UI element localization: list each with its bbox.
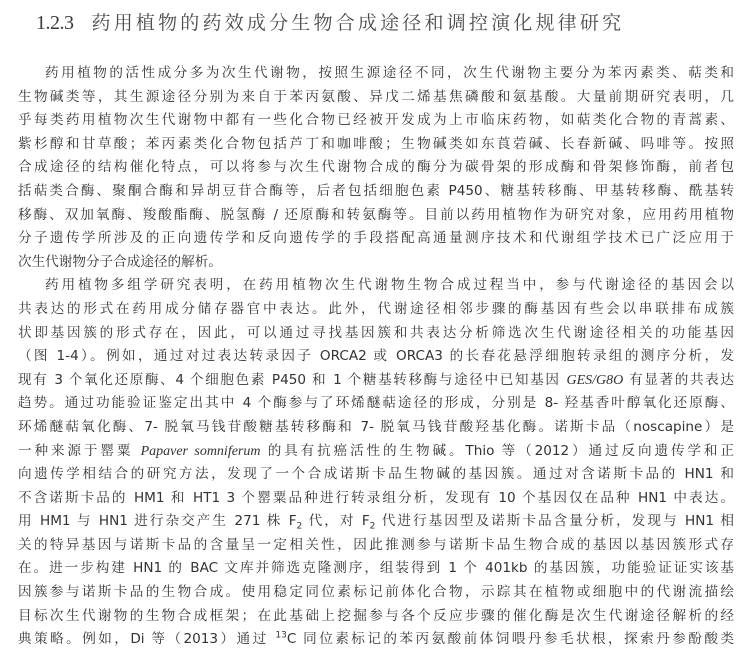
text-run: C 同位素标记的苯丙氨酸前体饲喂丹参毛状根，探索丹参酚酸类	[287, 631, 734, 647]
section-title: 药用植物的药效成分生物合成途径和调控演化规律研究	[92, 12, 625, 34]
text-line: 合成途径的结构催化特点，可以将参与次生代谢物合成的酶分为碳骨架的形成酶和骨架修饰…	[18, 156, 734, 180]
text-line: 关的特异基因与诺斯卡品的含量呈一定相关性，因此推测参与诺斯卡品生物合成的基因以基…	[18, 534, 734, 558]
text-line: 在。进一步构建 HN1 的 BAC 文库并筛选克隆测序，组装得到 1 个 401…	[18, 557, 734, 581]
text-run: 代，对 F	[302, 513, 369, 529]
paragraph-2: 药用植物多组学研究表明，在药用植物次生代谢物生物合成过程当中，参与代谢途径的基因…	[18, 274, 734, 652]
text-line: 趋势。通过功能验证鉴定出其中 4 个酶参与了环烯醚萜途径的形成，分别是 8- 羟…	[18, 392, 734, 416]
species-name-italic: Papaver somniferum	[141, 444, 261, 459]
text-line: 不含诺斯卡品的 HM1 和 HT1 3 个罂粟品种进行转录组分析，发现有 10 …	[18, 487, 734, 511]
text-line: 共表达的形式在药用成分储存器官中表达。此外，代谢途径相邻步骤的酶基因有些会以串联…	[18, 298, 734, 322]
text-line: 环烯醚萜氧化酶、7- 脱氧马钱苷酸糖基转移酶和 7- 脱氧马钱苷酸羟基化酶。诺斯…	[18, 416, 734, 440]
text-line: 典策略。例如，Di 等（2013）通过 13C 同位素标记的苯丙氨酸前体饲喂丹参…	[18, 628, 734, 652]
text-run: 有显著的共表达	[623, 372, 734, 388]
text-line: 向遗传学相结合的研究方法，发现了一个合成诺斯卡品生物碱的基因簇。通过对含诺斯卡品…	[18, 463, 734, 487]
text-line: （图 1-4）。例如，通过对过表达转录因子 ORCA2 或 ORCA3 的长春花…	[18, 345, 734, 369]
text-line: 因簇参与诺斯卡品的生物合成。使用稳定同位素标记前体化合物，示踪其在植物或细胞中的…	[18, 581, 734, 605]
text-line: 移酶、双加氧酶、羧酸酯酶、脱氢酶 / 还原酶和转氨酶等。目前以药用植物作为研究对…	[18, 204, 734, 228]
section-heading: 1.2.3药用植物的药效成分生物合成途径和调控演化规律研究	[36, 8, 624, 38]
text-line: 状即基因簇的形式存在，因此，可以通过寻找基因簇和共表达分析筛选次生代谢途径相关的…	[18, 322, 734, 346]
text-line: 药用植物多组学研究表明，在药用植物次生代谢物生物合成过程当中，参与代谢途径的基因…	[18, 274, 734, 298]
paragraph-1: 药用植物的活性成分多为次生代谢物，按照生源途径不同，次生代谢物主要分为苯丙素类、…	[18, 62, 734, 274]
text-run: 的具有抗癌活性的生物碱。Thio 等（2012）通过反向遗传学和正	[260, 443, 734, 459]
text-line: 括萜类合酶、聚酮合酶和异胡豆苷合酶等，后者包括细胞色素 P450、糖基转移酶、甲…	[18, 180, 734, 204]
section-number: 1.2.3	[36, 12, 74, 34]
text-run: 用 HM1 与 HN1 进行杂交产生 271 株 F	[18, 513, 297, 529]
text-line: 一种来源于罂粟 Papaver somniferum 的具有抗癌活性的生物碱。T…	[18, 440, 734, 464]
text-line: 次生代谢物分子合成途径的解析。	[18, 251, 734, 275]
text-line: 乎每类药用植物次生代谢物中都有一些化合物已经被开发成为上市临床药物，如萜类化合物…	[18, 109, 734, 133]
document-body: 药用植物的活性成分多为次生代谢物，按照生源途径不同，次生代谢物主要分为苯丙素类、…	[18, 62, 734, 652]
superscript: 13	[275, 631, 286, 641]
text-line: 生物碱类等，其生源途径分别为来自于苯丙氨酸、异戊二烯基焦磷酸和氨基酸。大量前期研…	[18, 86, 734, 110]
text-line: 紫杉醇和甘草酸；苯丙素类化合物包括芦丁和咖啡酸；生物碱类如东莨菪碱、长春新碱、吗…	[18, 133, 734, 157]
text-run: 典策略。例如，Di 等（2013）通过	[18, 631, 275, 647]
text-line: 分子遗传学所涉及的正向遗传学和反向遗传学的手段搭配高通量测序技术和代谢组学技术已…	[18, 227, 734, 251]
gene-name-italic: GES/G8O	[566, 373, 623, 388]
text-line: 现有 3 个氧化还原酶、4 个细胞色素 P450 和 1 个糖基转移酶与途径中已…	[18, 369, 734, 393]
text-line: 用 HM1 与 HN1 进行杂交产生 271 株 F2 代，对 F2 代进行基因…	[18, 510, 734, 534]
text-run: 现有 3 个氧化还原酶、4 个细胞色素 P450 和 1 个糖基转移酶与途径中已…	[18, 372, 566, 388]
text-run: 一种来源于罂粟	[18, 443, 141, 459]
text-line: 药用植物的活性成分多为次生代谢物，按照生源途径不同，次生代谢物主要分为苯丙素类、…	[18, 62, 734, 86]
text-run: 代进行基因型及诺斯卡品含量分析，发现与 HN1 相	[375, 513, 734, 529]
text-line: 目标次生代谢物的生物合成框架；在此基础上挖掘参与各个反应步骤的催化酶是次生代谢途…	[18, 605, 734, 629]
